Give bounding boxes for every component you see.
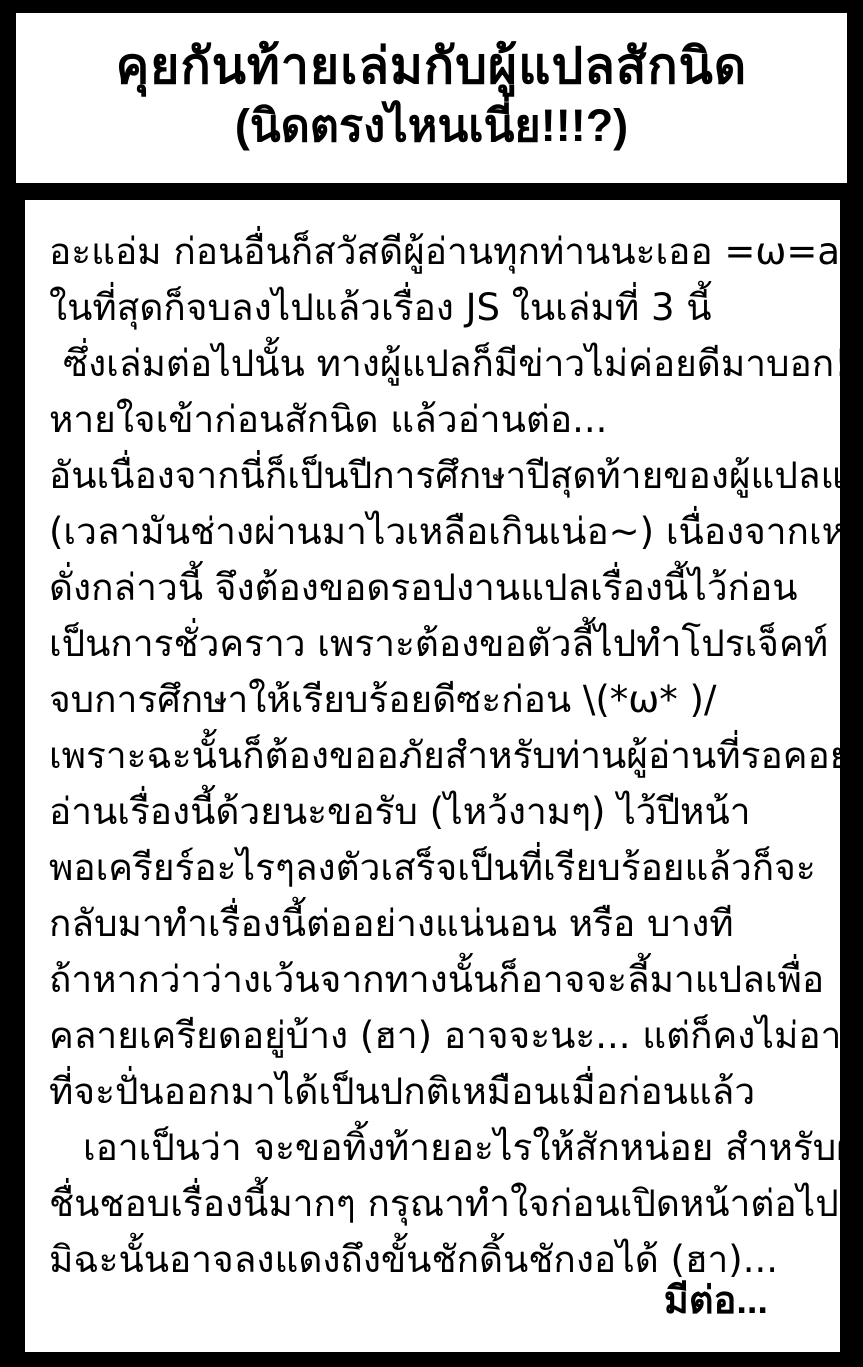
body-line: เพราะฉะนั้นก็ต้องขออภัยสำหรับท่านผู้อ่าน… bbox=[49, 728, 818, 784]
body-panel: อะแอ่ม ก่อนอื่นก็สวัสดีผู้อ่านทุกท่านนะเ… bbox=[25, 200, 840, 1352]
body-line: กลับมาทำเรื่องนี้ต่ออย่างแน่นอน หรือ บาง… bbox=[49, 896, 818, 952]
body-line: ชื่นชอบเรื่องนี้มากๆ กรุณาทำใจก่อนเปิดหน… bbox=[49, 1176, 818, 1232]
body-line: ที่จะปั่นออกมาได้เป็นปกติเหมือนเมื่อก่อน… bbox=[49, 1064, 818, 1120]
to-be-continued-label: มีต่อ... bbox=[664, 1269, 768, 1330]
body-line: เอาเป็นว่า จะขอทิ้งท้ายอะไรให้สักหน่อย ส… bbox=[49, 1120, 818, 1176]
body-line: (เวลามันช่างผ่านมาไวเหลือเกินเน่อ~) เนื่… bbox=[49, 504, 818, 560]
body-line: ซึ่งเล่มต่อไปนั้น ทางผู้แปลก็มีข่าวไม่ค่… bbox=[49, 336, 818, 392]
page-title: คุยกันท้ายเล่มกับผู้แปลสักนิด bbox=[16, 35, 847, 97]
body-line: ดั่งกล่าวนี้ จึงต้องขอดรอปงานแปลเรื่องนี… bbox=[49, 560, 818, 616]
body-line: จบการศึกษาให้เรียบร้อยดีซะก่อน \(*ω* )/ bbox=[49, 672, 818, 728]
body-line: เป็นการชั่วคราว เพราะต้องขอตัวลี้ไปทำโปร… bbox=[49, 616, 818, 672]
body-line: ถ้าหากว่าว่างเว้นจากทางนั้นก็อาจจะลี้มาแ… bbox=[49, 952, 818, 1008]
body-line: หายใจเข้าก่อนสักนิด แล้วอ่านต่อ... bbox=[49, 392, 818, 448]
translator-afterword-page: คุยกันท้ายเล่มกับผู้แปลสักนิด (นิดตรงไหน… bbox=[0, 0, 863, 1367]
body-line: อ่านเรื่องนี้ด้วยนะขอรับ (ไหว้งามๆ) ไว้ป… bbox=[49, 784, 818, 840]
page-subtitle: (นิดตรงไหนเนี่ย!!!?) bbox=[16, 97, 847, 155]
body-line: พอเครียร์อะไรๆลงตัวเสร็จเป็นที่เรียบร้อย… bbox=[49, 840, 818, 896]
body-line: คลายเครียดอยู่บ้าง (ฮา) อาจจะนะ... แต่ก็… bbox=[49, 1008, 818, 1064]
body-line: อันเนื่องจากนี่ก็เป็นปีการศึกษาปีสุดท้าย… bbox=[49, 448, 818, 504]
body-line: อะแอ่ม ก่อนอื่นก็สวัสดีผู้อ่านทุกท่านนะเ… bbox=[49, 224, 818, 280]
title-panel: คุยกันท้ายเล่มกับผู้แปลสักนิด (นิดตรงไหน… bbox=[16, 13, 847, 183]
body-line: ในที่สุดก็จบลงไปแล้วเรื่อง JS ในเล่มที่ … bbox=[49, 280, 818, 336]
